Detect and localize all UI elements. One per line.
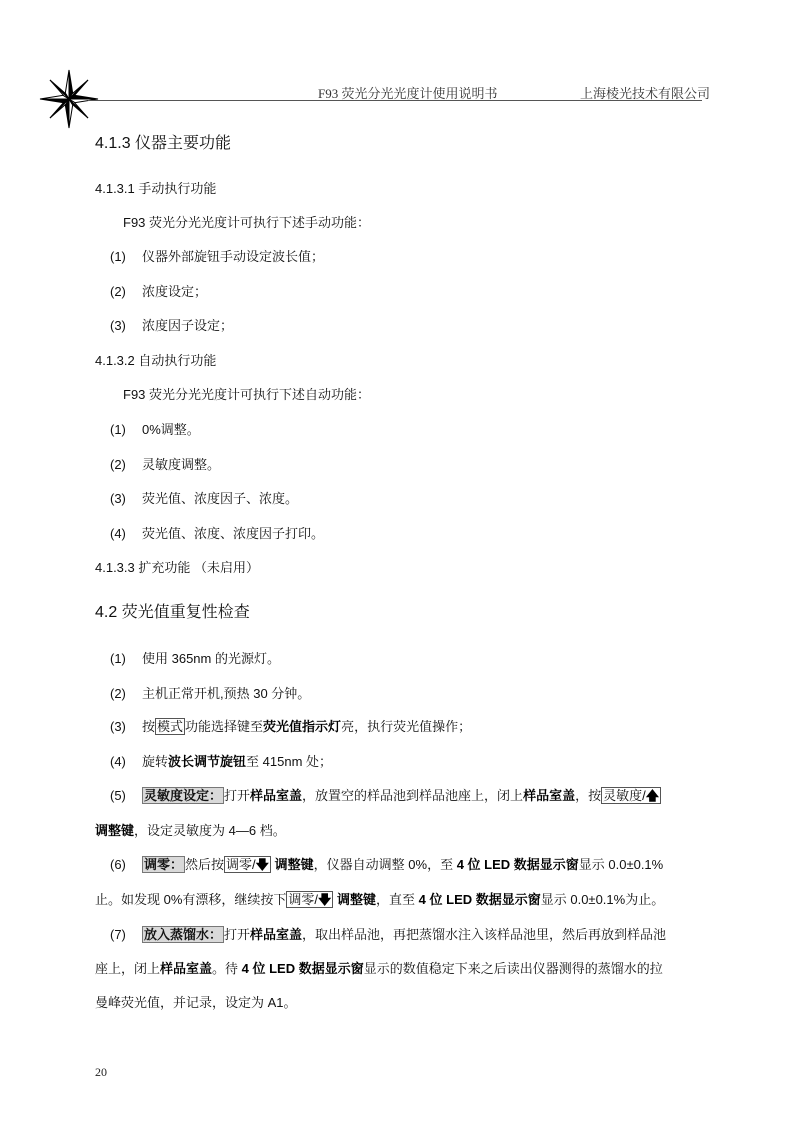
list-item: (3)荧光值、浓度因子、浓度。 [110,488,298,507]
list-item-continuation: 座上，闭上样品室盖。待 4 位 LED 数据显示窗显示的数值稳定下来之后读出仪器… [95,958,663,977]
list-item: (2)浓度设定； [110,281,207,300]
step-label-zero: 调零： [142,856,185,873]
step-label-sensitivity: 灵敏度设定： [142,787,224,804]
zero-key-label: 调零/🡇 [224,856,271,873]
page-number: 20 [95,1065,107,1080]
subsection-heading-4-1-3-2: 4.1.3.2 自动执行功能 [95,350,216,369]
list-item-continuation: 止。如发现 0%有漂移，继续按下调零/🡇 调整键，直至 4 位 LED 数据显示… [95,889,664,913]
list-item-continuation: 调整键，设定灵敏度为 4—6 档。 [95,820,286,839]
item-text: 灵敏度调整。 [142,457,220,472]
arrow-down-icon: 🡇 [256,857,269,872]
item-number: (4) [110,526,142,541]
item-text: 主机正常开机,预热 30 分钟。 [142,686,310,701]
item-text: 荧光值、浓度因子、浓度。 [142,491,298,506]
item-number: (3) [110,719,142,734]
section-heading-4-2: 4.2 荧光值重复性检查 [95,599,250,622]
arrow-up-icon: 🡅 [646,788,659,803]
document-page: F93 荧光分光光度计使用说明书 上海棱光技术有限公司 4.1.3 仪器主要功能… [0,0,793,1122]
list-item: (3)浓度因子设定； [110,315,233,334]
arrow-down-icon: 🡇 [318,892,331,907]
list-item: (1)0%调整。 [110,419,200,438]
subsection-heading-4-1-3-3: 4.1.3.3 扩充功能 （未启用） [95,557,259,576]
list-item: (1)仪器外部旋钮手动设定波长值； [110,246,324,265]
item-number: (1) [110,651,142,666]
auto-functions-intro: F93 荧光分光光度计可执行下述自动功能： [123,384,370,403]
list-item: (7)放入蒸馏水：打开样品室盖，取出样品池，再把蒸馏水注入该样品池里，然后再放到… [110,924,666,943]
item-number: (5) [110,788,142,803]
list-item: (1)使用 365nm 的光源灯。 [110,648,280,667]
list-item: (6)调零：然后按调零/🡇 调整键，仪器自动调整 0%，至 4 位 LED 数据… [110,854,663,878]
manual-functions-intro: F93 荧光分光光度计可执行下述手动功能： [123,212,370,231]
header-company-name: 上海棱光技术有限公司 [580,83,710,102]
zero-key-label: 调零/🡇 [286,891,333,908]
list-item: (3)按模式功能选择键至荧光值指示灯亮，执行荧光值操作； [110,716,471,735]
item-number: (2) [110,457,142,472]
compass-star-logo-icon [38,68,100,130]
mode-key-label: 模式 [155,718,185,735]
item-number: (7) [110,927,142,942]
list-item: (2)主机正常开机,预热 30 分钟。 [110,683,310,702]
item-number: (6) [110,857,142,872]
subsection-heading-4-1-3-1: 4.1.3.1 手动执行功能 [95,178,216,197]
list-item-continuation: 曼峰荧光值，并记录，设定为 A1。 [95,992,297,1011]
step-label-distilled-water: 放入蒸馏水： [142,926,224,943]
list-item: (4)旋转波长调节旋钮至 415nm 处； [110,751,332,770]
sensitivity-key-label: 灵敏度/🡅 [601,787,661,804]
item-text: 仪器外部旋钮手动设定波长值； [142,249,324,264]
header-document-title: F93 荧光分光光度计使用说明书 [318,83,497,102]
item-text: 荧光值、浓度、浓度因子打印。 [142,526,324,541]
item-text: 浓度设定； [142,284,207,299]
item-number: (2) [110,284,142,299]
list-item: (5)灵敏度设定：打开样品室盖，放置空的样品池到样品池座上，闭上样品室盖，按灵敏… [110,785,661,809]
item-text: 0%调整。 [142,422,200,437]
item-number: (1) [110,249,142,264]
item-number: (3) [110,318,142,333]
item-number: (3) [110,491,142,506]
item-number: (2) [110,686,142,701]
item-text: 浓度因子设定； [142,318,233,333]
list-item: (2)灵敏度调整。 [110,454,220,473]
item-number: (4) [110,754,142,769]
item-number: (1) [110,422,142,437]
item-text: 使用 365nm 的光源灯。 [142,651,280,666]
list-item: (4)荧光值、浓度、浓度因子打印。 [110,523,324,542]
section-heading-4-1-3: 4.1.3 仪器主要功能 [95,130,231,153]
